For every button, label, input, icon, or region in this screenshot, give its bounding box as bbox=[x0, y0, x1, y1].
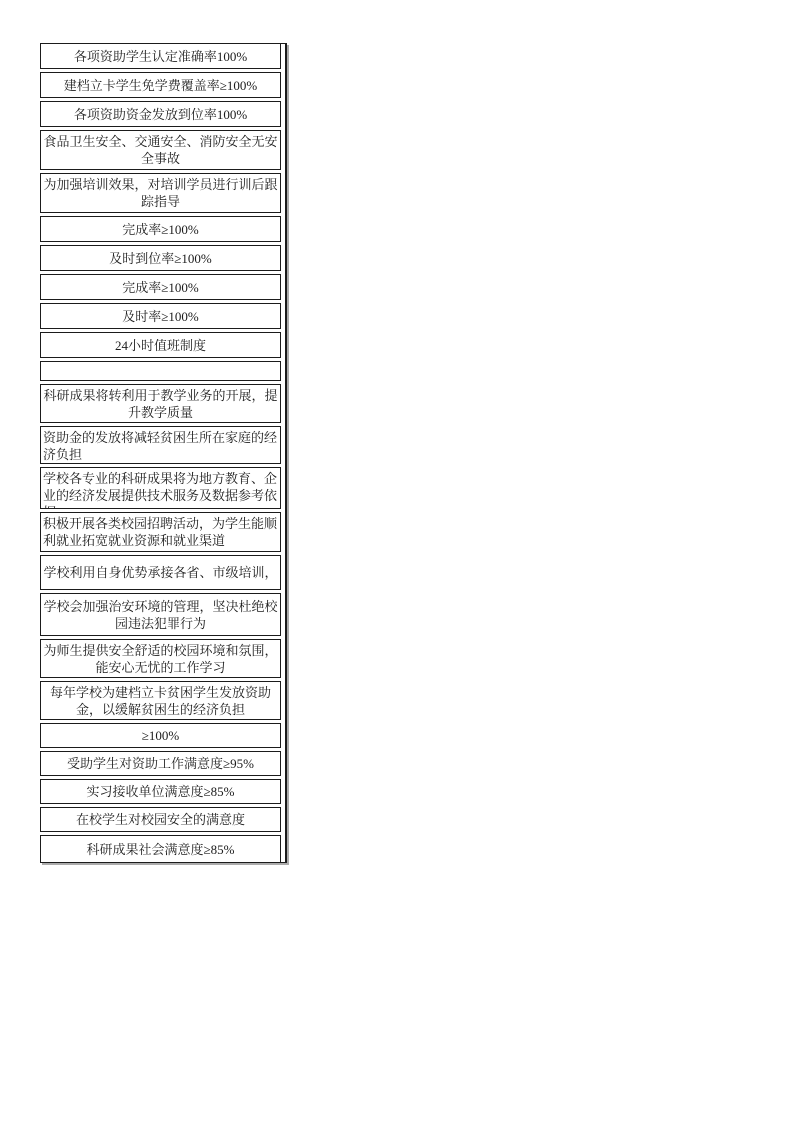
table-cell: 及时率≥100% bbox=[40, 303, 281, 329]
cell-text: 各项资助学生认定准确率100% bbox=[43, 48, 278, 65]
cell-text: 科研成果社会满意度≥85% bbox=[43, 841, 278, 858]
cell-text: 为加强培训效果，对培训学员进行训后跟踪指导 bbox=[43, 176, 278, 210]
table-cell: 为加强培训效果，对培训学员进行训后跟踪指导 bbox=[40, 173, 281, 213]
table-cell: 在校学生对校园安全的满意度 bbox=[40, 807, 281, 832]
cell-text: 各项资助资金发放到位率100% bbox=[43, 106, 278, 123]
table-cell: 完成率≥100% bbox=[40, 274, 281, 300]
cell-text: 受助学生对资助工作满意度≥95% bbox=[43, 755, 278, 772]
table-cell: 学校各专业的科研成果将为地方教育、企业的经济发展提供技术服务及数据参考依据 bbox=[40, 467, 281, 509]
table-cell: 建档立卡学生免学费覆盖率≥100% bbox=[40, 72, 281, 98]
table-cell: 积极开展各类校园招聘活动，为学生能顺利就业拓宽就业资源和就业渠道 bbox=[40, 512, 281, 552]
table-cell: ≥100% bbox=[40, 723, 281, 748]
cell-text: ≥100% bbox=[43, 727, 278, 744]
cell-text: 为师生提供安全舒适的校园环境和氛围，能安心无忧的工作学习 bbox=[43, 642, 278, 676]
table-cell: 食品卫生安全、交通安全、消防安全无安全事故 bbox=[40, 130, 281, 170]
cell-text: 学校各专业的科研成果将为地方教育、企业的经济发展提供技术服务及数据参考依据 bbox=[43, 470, 278, 509]
cell-text: 在校学生对校园安全的满意度 bbox=[43, 811, 278, 828]
cell-text: 实习接收单位满意度≥85% bbox=[43, 783, 278, 800]
document-page: 各项资助学生认定准确率100% 建档立卡学生免学费覆盖率≥100% 各项资助资金… bbox=[0, 0, 793, 1122]
indicator-table: 各项资助学生认定准确率100% 建档立卡学生免学费覆盖率≥100% 各项资助资金… bbox=[40, 43, 287, 863]
table-outer-right-border bbox=[281, 43, 287, 863]
cell-text: 科研成果将转利用于教学业务的开展，提升教学质量 bbox=[43, 387, 278, 421]
cell-text: 及时率≥100% bbox=[43, 308, 278, 325]
table-cell: 学校利用自身优势承接各省、市级培训， bbox=[40, 555, 281, 590]
table-cell: 每年学校为建档立卡贫困学生发放资助金，以缓解贫困生的经济负担 bbox=[40, 681, 281, 720]
cell-text: 学校利用自身优势承接各省、市级培训， bbox=[43, 564, 278, 581]
cell-text: 学校会加强治安环境的管理，坚决杜绝校园违法犯罪行为 bbox=[43, 598, 278, 632]
table-cell: 为师生提供安全舒适的校园环境和氛围，能安心无忧的工作学习 bbox=[40, 639, 281, 678]
cell-text: 24小时值班制度 bbox=[43, 337, 278, 354]
cell-text: 完成率≥100% bbox=[43, 279, 278, 296]
cell-text: 每年学校为建档立卡贫困学生发放资助金，以缓解贫困生的经济负担 bbox=[43, 684, 278, 718]
table-cell: 实习接收单位满意度≥85% bbox=[40, 779, 281, 804]
cell-text: 及时到位率≥100% bbox=[43, 250, 278, 267]
table-cell: 资助金的发放将减轻贫困生所在家庭的经济负担 bbox=[40, 426, 281, 464]
table-cell: 受助学生对资助工作满意度≥95% bbox=[40, 751, 281, 776]
cell-text: 完成率≥100% bbox=[43, 221, 278, 238]
cell-text: 积极开展各类校园招聘活动，为学生能顺利就业拓宽就业资源和就业渠道 bbox=[43, 515, 278, 549]
table-cell: 24小时值班制度 bbox=[40, 332, 281, 358]
table-cell-empty bbox=[40, 361, 281, 381]
table-cell: 学校会加强治安环境的管理，坚决杜绝校园违法犯罪行为 bbox=[40, 593, 281, 636]
table-cell: 科研成果社会满意度≥85% bbox=[40, 835, 281, 863]
cell-text: 资助金的发放将减轻贫困生所在家庭的经济负担 bbox=[43, 429, 278, 463]
table-cell: 及时到位率≥100% bbox=[40, 245, 281, 271]
table-cell: 各项资助资金发放到位率100% bbox=[40, 101, 281, 127]
table-cell: 科研成果将转利用于教学业务的开展，提升教学质量 bbox=[40, 384, 281, 423]
table-cell: 各项资助学生认定准确率100% bbox=[40, 43, 281, 69]
cell-text: 建档立卡学生免学费覆盖率≥100% bbox=[43, 77, 278, 94]
table-cells-column: 各项资助学生认定准确率100% 建档立卡学生免学费覆盖率≥100% 各项资助资金… bbox=[40, 43, 281, 863]
table-cell: 完成率≥100% bbox=[40, 216, 281, 242]
cell-text: 食品卫生安全、交通安全、消防安全无安全事故 bbox=[43, 133, 278, 167]
